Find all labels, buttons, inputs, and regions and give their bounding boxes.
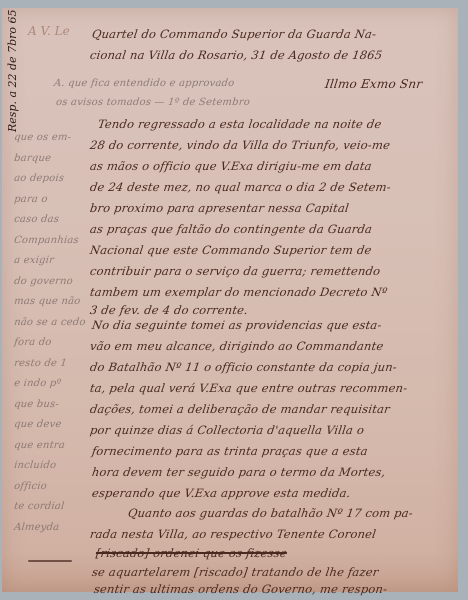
- margin-note: não se a cedo: [13, 313, 85, 334]
- body-line: as mãos o officio que V.Exa dirigiu-me e…: [89, 159, 373, 173]
- body-line: as praças que faltão do contingente da G…: [89, 222, 373, 236]
- rotated-margin-note: Resp. a 22 de 7bro 65: [6, 10, 19, 132]
- margin-note: que os em-: [13, 128, 85, 149]
- margin-note: que deve: [13, 415, 85, 436]
- margin-note: caso das: [13, 210, 85, 231]
- margin-note: mas que não: [13, 292, 85, 313]
- heading-line-1: Quartel do Commando Superior da Guarda N…: [91, 27, 377, 41]
- left-margin-notes: que os em- barque ao depois para o caso …: [14, 128, 84, 538]
- margin-note: que entra: [13, 436, 85, 457]
- body-line: vão em meu alcance, dirigindo ao Command…: [89, 339, 385, 353]
- body-line: Nacional que este Commando Superior tem …: [89, 243, 373, 257]
- body-line: No dia seguinte tomei as providencias qu…: [91, 318, 383, 332]
- body-line: 3 de fev. de 4 do corrente.: [89, 303, 249, 317]
- margin-note: para o: [13, 190, 85, 211]
- body-line: por quinze dias á Collectoria d'aquella …: [89, 423, 365, 437]
- margin-note: e indo pº: [13, 374, 85, 395]
- body-line: dações, tomei a deliberação de mandar re…: [89, 402, 391, 416]
- margin-note: barque: [13, 149, 85, 170]
- pencil-annotation-2: os avisos tomados — 1º de Setembro: [55, 97, 250, 108]
- heading-line-2: cional na Villa do Rosario, 31 de Agosto…: [89, 48, 383, 62]
- margin-note: fora do: [13, 333, 85, 354]
- corner-note: A V. Le: [28, 24, 70, 38]
- margin-note: ao depois: [13, 169, 85, 190]
- body-line: tambem um exemplar do mencionado Decreto…: [89, 285, 388, 299]
- body-line: rada nesta Villa, ao respectivo Tenente …: [89, 527, 377, 541]
- body-line-struck: [riscado] ordenei que os fizesse: [95, 546, 288, 560]
- body-line: sentir as ultimas ordens do Governo, me …: [93, 582, 388, 596]
- margin-note: te cordial: [13, 497, 85, 518]
- body-line: fornecimento para as trinta praças que a…: [91, 444, 369, 458]
- body-line: de 24 deste mez, no qual marca o dia 2 d…: [89, 180, 392, 194]
- body-line: esperando que V.Exa approve esta medida.: [91, 486, 352, 500]
- margin-note: officio: [13, 477, 85, 498]
- body-line: do Batalhão Nº 11 o officio constante da…: [89, 360, 398, 374]
- margin-note-signature: Almeyda: [13, 518, 85, 539]
- margin-note: do governo: [13, 272, 85, 293]
- margin-note: resto de 1: [13, 354, 85, 375]
- body-line: ta, pela qual verá V.Exa que entre outra…: [89, 381, 408, 395]
- salutation: Illmo Exmo Snr: [324, 77, 423, 91]
- body-line: se aquartelarem [riscado] tratando de lh…: [91, 565, 379, 579]
- body-line: bro proximo para apresentar nessa Capita…: [89, 201, 350, 215]
- margin-note: que bus-: [13, 395, 85, 416]
- body-line: 28 do corrente, vindo da Villa do Triunf…: [89, 138, 391, 152]
- margin-note: Companhias: [13, 231, 85, 252]
- body-line: Tendo regressado a esta localidade na no…: [97, 117, 382, 131]
- signature-flourish: [28, 560, 72, 562]
- pencil-annotation-1: A. que fica entendido e approvado: [53, 78, 235, 89]
- body-line: hora devem ter seguido para o termo da M…: [91, 465, 386, 479]
- margin-note: incluido: [13, 456, 85, 477]
- body-line: contribuir para o serviço da guerra; rem…: [89, 264, 381, 278]
- margin-note: a exigir: [13, 251, 85, 272]
- body-line: Quanto aos guardas do batalhão Nº 17 com…: [127, 506, 414, 520]
